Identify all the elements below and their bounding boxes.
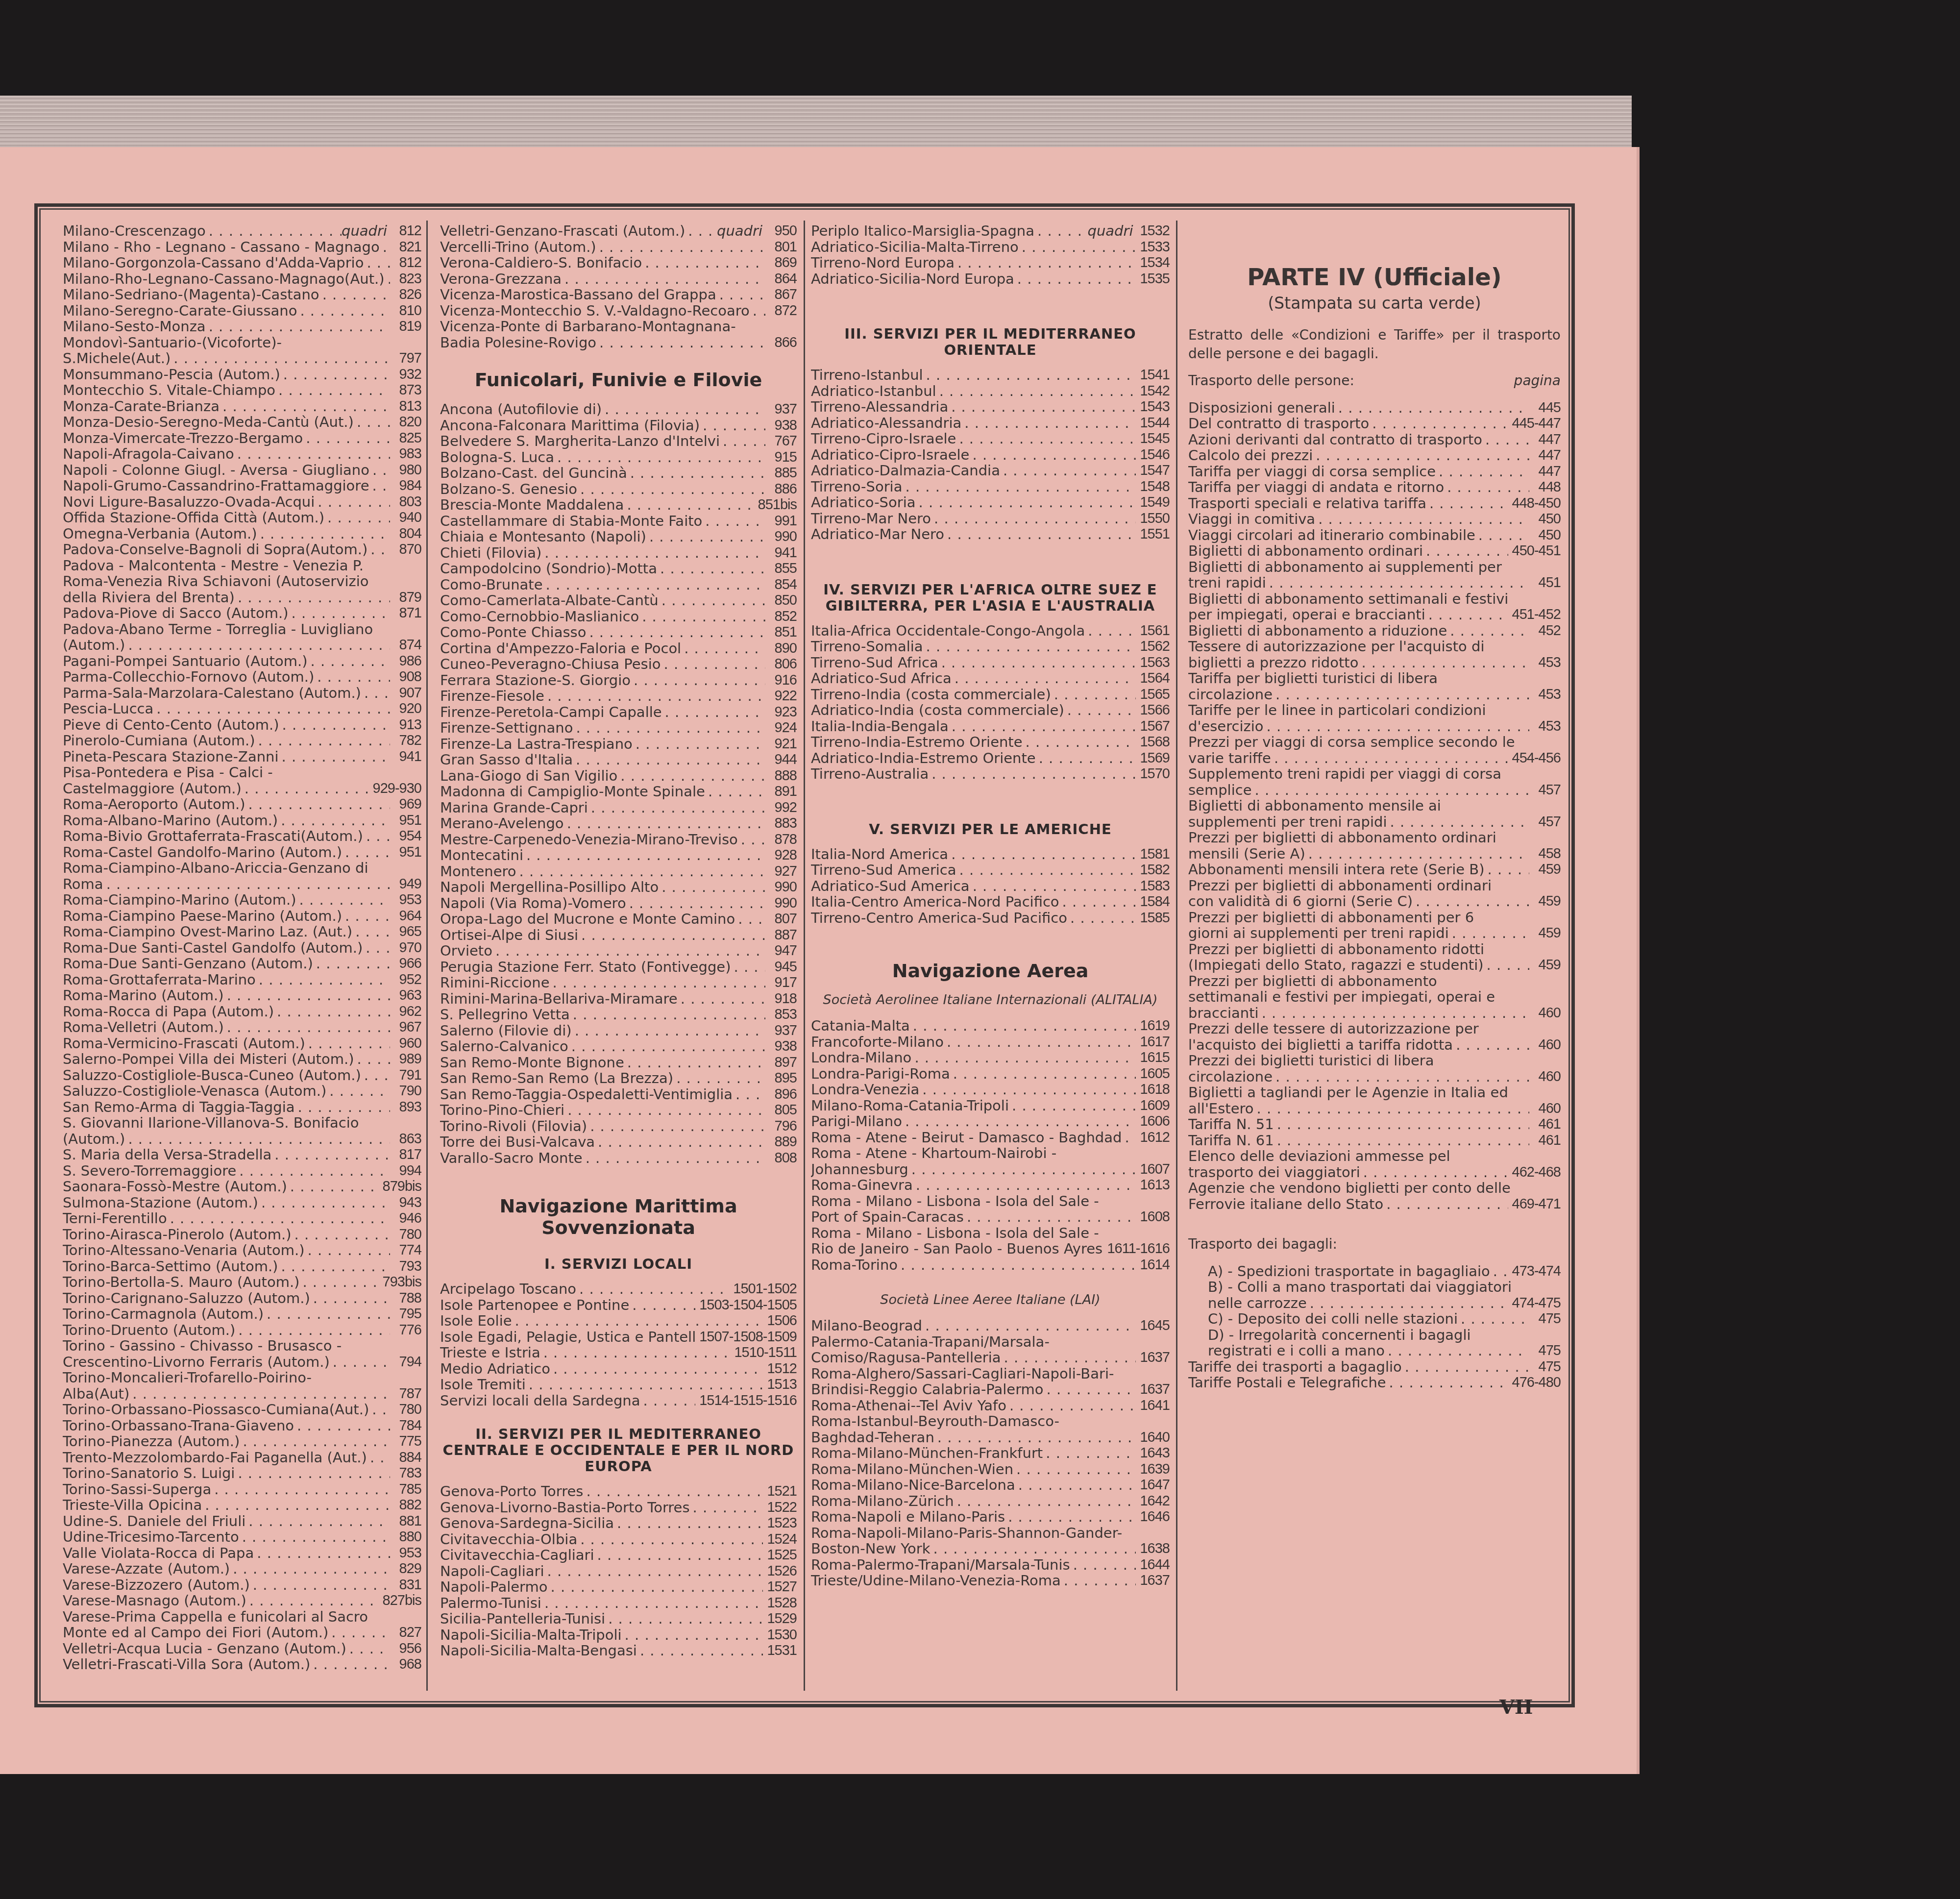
- entry-label: Ferrara Stazione-S. Giorgio: [440, 672, 634, 689]
- entry-label: Biglietti a tagliandi per le Agenzie in …: [1188, 1085, 1508, 1116]
- index-entry: Roma-Ciampino Ovest-Marino Laz. (Aut.)96…: [63, 924, 421, 940]
- index-entry: Monza-Vimercate-Trezzo-Bergamo825: [63, 430, 421, 446]
- index-entry: Bolzano-Cast. del Guncinà885: [440, 465, 797, 481]
- entry-label: Milano-Roma-Catania-Tripoli: [811, 1098, 1012, 1114]
- entry-page: 790: [390, 1083, 421, 1099]
- index-entry: Montenero927: [440, 863, 797, 880]
- index-entry: Novi Ligure-Basaluzzo-Ovada-Acqui803: [63, 494, 421, 510]
- entry-label: Milano-Seregno-Carate-Giussano: [63, 303, 300, 319]
- entry-label: Belvedere S. Margherita-Lanzo d'Intelvi: [440, 433, 723, 449]
- entry-page: 890: [765, 641, 797, 657]
- entry-page: 460: [1529, 1101, 1561, 1117]
- entry-label: Parma-Sala-Marzolara-Calestano (Autom.): [63, 685, 364, 701]
- entry-label: Monza-Carate-Brianza: [63, 398, 222, 415]
- entry-label: Pineta-Pescara Stazione-Zanni: [63, 749, 281, 765]
- entry-page: 965: [390, 924, 421, 940]
- index-entry: Varese-Masnago (Autom.)827bis: [63, 1593, 421, 1609]
- entry-label: Catania-Malta: [811, 1018, 913, 1034]
- entry-label: Napoli-Grumo-Cassandrino-Frattamaggiore: [63, 478, 372, 494]
- entry-label: Isole Egadi, Pelagie, Ustica e Panteller…: [440, 1329, 726, 1345]
- index-entry: Saluzzo-Costigliole-Busca-Cuneo (Autom.)…: [63, 1067, 421, 1084]
- index-entry: Offida Stazione-Offida Città (Autom.)940: [63, 510, 421, 526]
- index-entry: Mestre-Carpenedo-Venezia-Mirano-Treviso8…: [440, 832, 797, 848]
- entry-page: 1607: [1136, 1161, 1170, 1178]
- index-entry: Torino - Gassino - Chivasso - Brusasco -…: [63, 1338, 421, 1370]
- entry-label: Brescia-Monte Maddalena: [440, 497, 627, 513]
- index-entry: Saluzzo-Costigliole-Venasca (Autom.)790: [63, 1083, 421, 1099]
- entry-page: 992: [765, 800, 797, 816]
- index-entry: Firenze-La Lastra-Trespiano921: [440, 736, 797, 752]
- entry-label: Monza-Vimercate-Trezzo-Bergamo: [63, 430, 306, 446]
- entry-label: Tirreno-India-Estremo Oriente: [811, 734, 1026, 750]
- entry-page: 954: [390, 828, 421, 844]
- entry-page: 461: [1529, 1133, 1561, 1149]
- entry-label: Roma - Milano - Lisbona - Isola del Sale…: [811, 1225, 1105, 1257]
- entry-page: 450: [1529, 527, 1561, 543]
- index-entry: Chiaia e Montesanto (Napoli)990: [440, 529, 797, 545]
- entry-label: Pinerolo-Cumiana (Autom.): [63, 733, 258, 749]
- index-entry: Monza-Carate-Brianza813: [63, 398, 421, 415]
- index-entry: Genova-Livorno-Bastia-Porto Torres1522: [440, 1500, 797, 1516]
- entry-label: Tariffa N. 61: [1188, 1133, 1277, 1149]
- entry-label: Isole Eolie: [440, 1313, 515, 1329]
- entry-label: Udine-S. Daniele del Friuli: [63, 1513, 248, 1529]
- entry-page: 867: [765, 287, 797, 303]
- entry-label: Como-Ponte Chiasso: [440, 624, 589, 641]
- entry-page: 1570: [1136, 766, 1170, 782]
- index-entry: Torino-Barca-Settimo (Autom.)793: [63, 1258, 421, 1275]
- index-entry: Agenzie che vendono biglietti per conto …: [1188, 1180, 1561, 1212]
- index-entry: Isole Partenopee e Pontine1503-1504-1505: [440, 1297, 797, 1313]
- entry-label: Napoli (Via Roma)-Vomero: [440, 895, 629, 912]
- entry-page: 896: [765, 1086, 797, 1103]
- entry-page: 962: [390, 1004, 421, 1020]
- entry-label: Salerno-Calvanico: [440, 1038, 571, 1055]
- index-entry: Gran Sasso d'Italia944: [440, 752, 797, 768]
- entry-page: 785: [390, 1481, 421, 1498]
- entry-page: 462-468: [1508, 1164, 1561, 1181]
- index-entry: Napoli-Cagliari1526: [440, 1563, 797, 1579]
- entry-page: 1582: [1136, 862, 1170, 878]
- entry-label: Salerno-Pompei Villa dei Misteri (Autom.…: [63, 1051, 357, 1067]
- entry-page: 823: [390, 271, 421, 287]
- entry-page: 1514-1515-1516: [695, 1393, 797, 1409]
- index-entry: Prezzi per biglietti di abbonamento sett…: [1188, 973, 1561, 1021]
- index-entry: Tariffa N. 51461: [1188, 1116, 1561, 1133]
- entry-label: Salerno (Filovie di): [440, 1023, 575, 1039]
- entry-label: Torino-Orbassano-Piossasco-Cumiana(Aut.): [63, 1402, 372, 1418]
- entry-label: Saluzzo-Costigliole-Busca-Cuneo (Autom.): [63, 1067, 364, 1084]
- entry-page: 947: [765, 943, 797, 959]
- entry-page: 460: [1529, 1037, 1561, 1053]
- entry-page: 1563: [1136, 655, 1170, 671]
- entry-page: 907: [390, 685, 421, 701]
- index-entry: Adriatico-Cipro-Israele1546: [811, 447, 1170, 463]
- index-entry: Tirreno-Australia1570: [811, 766, 1170, 782]
- index-entry: Monza-Desio-Seregno-Meda-Cantù (Aut.)820: [63, 414, 421, 430]
- entry-page: 1545: [1136, 431, 1170, 447]
- entry-label: Tirreno-Soria: [811, 479, 905, 495]
- entry-label: Chiaia e Montesanto (Napoli): [440, 529, 649, 545]
- entry-label: Roma-Ciampino-Albano-Ariccia-Genzano di …: [63, 860, 368, 892]
- index-entry: San Remo-Arma di Taggia-Taggia893: [63, 1099, 421, 1115]
- entry-label: Mestre-Carpenedo-Venezia-Mirano-Treviso: [440, 832, 741, 848]
- entry-label: Tirreno-Centro America-Sud Pacifico: [811, 910, 1070, 926]
- entry-note: quadri: [1088, 223, 1136, 239]
- index-entry: Verona-Grezzana864: [440, 271, 797, 287]
- entry-page: 827: [390, 1625, 421, 1641]
- index-entry: Torino-Sanatorio S. Luigi783: [63, 1465, 421, 1481]
- entry-page: 871: [390, 605, 421, 621]
- index-entry: Prezzi per biglietti di abbonamenti ordi…: [1188, 878, 1561, 910]
- index-entry: B) - Colli a mano trasportati dai viaggi…: [1208, 1279, 1561, 1311]
- index-entry: Torino-Sassi-Superga785: [63, 1481, 421, 1498]
- entry-label: Napoli Mergellina-Posillipo Alto: [440, 879, 661, 895]
- entry-label: S. Maria della Versa-Stradella: [63, 1147, 274, 1163]
- entry-page: 1642: [1136, 1493, 1170, 1509]
- index-entry: Civitavecchia-Cagliari1525: [440, 1547, 797, 1563]
- entry-label: Roma - Atene - Khartoum-Nairobi - Johann…: [811, 1145, 1056, 1177]
- entry-page: 787: [390, 1386, 421, 1402]
- entry-label: Tariffa per viaggi di andata e ritorno: [1188, 479, 1447, 495]
- entry-page: 854: [765, 577, 797, 593]
- entry-page: 1585: [1136, 910, 1170, 926]
- entry-page: 780: [390, 1227, 421, 1243]
- page-number: VII: [1499, 1696, 1533, 1719]
- index-entry: Terni-Ferentillo946: [63, 1210, 421, 1227]
- index-entry: Roma-Napoli e Milano-Paris1646: [811, 1509, 1170, 1525]
- entry-page: 1565: [1136, 687, 1170, 703]
- entry-label: Biglietti di abbonamento mensile ai supp…: [1188, 798, 1441, 830]
- entry-page: 915: [765, 449, 797, 466]
- entry-label: Roma-Grottaferrata-Marino: [63, 972, 259, 988]
- entry-label: Pescia-Lucca: [63, 701, 156, 717]
- entry-page: 819: [390, 319, 421, 335]
- entry-page: 928: [765, 847, 797, 863]
- entry-page: 850: [765, 592, 797, 609]
- entry-label: Tariffa N. 51: [1188, 1116, 1277, 1133]
- entry-label: Padova-Abano Terme - Torreglia - Luvigli…: [63, 621, 373, 653]
- entry-label: Tirreno-Cipro-Israele: [811, 431, 959, 447]
- index-column-3: Periplo Italico-Marsiglia-Spagnaquadri15…: [811, 223, 1170, 1589]
- entry-label: Varese-Masnago (Autom.): [63, 1593, 249, 1609]
- airline-title-alitalia: Società Aerolinee Italiane Internazional…: [811, 992, 1170, 1008]
- entry-page: 852: [765, 609, 797, 625]
- entry-label: Castellammare di Stabia-Monte Faito: [440, 513, 705, 529]
- index-entry: Biglietti a tagliandi per le Agenzie in …: [1188, 1085, 1561, 1116]
- index-entry: Pineta-Pescara Stazione-Zanni941: [63, 749, 421, 765]
- index-entry: Vercelli-Trino (Autom.)801: [440, 239, 797, 255]
- entry-label: Mondovì-Santuario-(Vicoforte)-S.Michele(…: [63, 335, 282, 367]
- entry-label: Roma-Torino: [811, 1257, 901, 1273]
- index-entry: S. Pellegrino Vetta853: [440, 1007, 797, 1023]
- entry-page: 457: [1529, 782, 1561, 798]
- index-entry: Palermo-Tunisi1528: [440, 1595, 797, 1611]
- index-entry: San Remo-San Remo (La Brezza)895: [440, 1070, 797, 1086]
- index-entry: Varese-Bizzozero (Autom.)831: [63, 1577, 421, 1593]
- index-entry: Ortisei-Alpe di Siusi887: [440, 927, 797, 943]
- entry-label: Tirreno-Nord Europa: [811, 255, 957, 271]
- airline-title-lai: Società Linee Aeree Italiane (LAI): [811, 1292, 1170, 1308]
- index-entry: Servizi locali della Sardegna1514-1515-1…: [440, 1393, 797, 1409]
- entry-label: A) - Spedizioni trasportate in bagagliai…: [1208, 1263, 1493, 1280]
- entry-label: Viaggi circolari ad itinerario combinabi…: [1188, 527, 1478, 543]
- entry-label: Genova-Porto Torres: [440, 1483, 586, 1500]
- entry-page: 941: [765, 545, 797, 561]
- entry-label: Montecchio S. Vitale-Chiampo: [63, 382, 278, 398]
- entry-label: Adriatico-Soria: [811, 494, 919, 511]
- entry-label: Chieti (Filovia): [440, 545, 544, 561]
- entry-page: 882: [390, 1497, 421, 1513]
- index-entry: Rimini-Riccione917: [440, 975, 797, 991]
- entry-label: Parma-Collecchio-Fornovo (Autom.): [63, 669, 317, 685]
- index-entry: Lana-Giogo di San Vigilio888: [440, 768, 797, 784]
- index-entry: Tariffe dei trasporti a bagaglio475: [1188, 1359, 1561, 1375]
- index-column-4: PARTE IV (Ufficiale) (Stampata su carta …: [1188, 223, 1561, 1391]
- index-entry: Torino-Orbassano-Piossasco-Cumiana(Aut.)…: [63, 1402, 421, 1418]
- index-entry: Prezzi per biglietti di abbonamenti per …: [1188, 910, 1561, 941]
- entry-page: 1531: [763, 1643, 797, 1659]
- entry-label: Roma-Vermicino-Frascati (Autom.): [63, 1036, 308, 1052]
- entry-label: Palermo-Tunisi: [440, 1595, 544, 1611]
- entry-page: 805: [765, 1102, 797, 1118]
- index-entry: Tirreno-Sud America1582: [811, 862, 1170, 878]
- entry-page: 851: [765, 624, 797, 641]
- entry-page: 1501-1502: [729, 1281, 797, 1297]
- entry-page: 924: [765, 720, 797, 736]
- index-entry: Firenze-Peretola-Campi Capalle923: [440, 704, 797, 720]
- index-entry: Firenze-Fiesole922: [440, 688, 797, 704]
- entry-label: Merano-Avelengo: [440, 815, 567, 832]
- entry-page: 969: [390, 796, 421, 813]
- entry-page: 776: [390, 1322, 421, 1338]
- entry-page: 782: [390, 733, 421, 749]
- entry-label: Genova-Livorno-Bastia-Porto Torres: [440, 1500, 693, 1516]
- entry-page: 880: [390, 1529, 421, 1545]
- entry-label: Roma-Ciampino-Marino (Autom.): [63, 892, 299, 908]
- subsection-title-locali: I. SERVIZI LOCALI: [440, 1256, 797, 1272]
- entry-page: 447: [1529, 464, 1561, 480]
- index-entry: Roma-Milano-Zürich1642: [811, 1493, 1170, 1509]
- entry-label: San Remo-Monte Bignone: [440, 1055, 627, 1071]
- entry-label: Tirreno-Sud America: [811, 862, 959, 878]
- entry-page: 929-930: [369, 781, 421, 797]
- index-entry: Roma-Vermicino-Frascati (Autom.)960: [63, 1036, 421, 1052]
- entry-page: 1510-1511: [730, 1345, 797, 1361]
- entry-page: 803: [390, 494, 421, 510]
- entry-page: 1528: [763, 1595, 797, 1611]
- entry-label: Torino-Altessano-Venaria (Autom.): [63, 1242, 308, 1258]
- entry-label: Torino-Rivoli (Filovia): [440, 1118, 590, 1134]
- entry-label: Firenze-Settignano: [440, 720, 576, 736]
- index-entry: Padova - Malcontenta - Mestre - Venezia …: [63, 558, 421, 606]
- entry-page: 1523: [763, 1515, 797, 1531]
- index-entry: Adriatico-Sicilia-Malta-Tirreno1533: [811, 239, 1170, 255]
- entry-label: Roma-Ginevra: [811, 1177, 916, 1193]
- entry-page: 459: [1529, 957, 1561, 973]
- entry-label: Adriatico-Cipro-Israele: [811, 447, 972, 463]
- entry-page: 886: [765, 481, 797, 497]
- index-entry: Cuneo-Peveragno-Chiusa Pesio806: [440, 656, 797, 672]
- bagagli-heading-row: Trasporto dei bagagli:: [1188, 1236, 1561, 1253]
- index-entry: Italia-Centro America-Nord Pacifico1584: [811, 894, 1170, 910]
- entry-page: 1643: [1136, 1445, 1170, 1461]
- index-entry: Napoli-Grumo-Cassandrino-Frattamaggiore9…: [63, 478, 421, 494]
- entry-page: 873: [390, 382, 421, 398]
- entry-page: 808: [765, 1150, 797, 1166]
- entry-label: Montecatini: [440, 847, 526, 863]
- entry-label: Prezzi per viaggi di corsa semplice seco…: [1188, 734, 1515, 766]
- index-entry: Torino-Orbassano-Trana-Giaveno784: [63, 1418, 421, 1434]
- index-entry: Torino-Carmagnola (Autom.)795: [63, 1306, 421, 1322]
- index-entry: Pinerolo-Cumiana (Autom.)782: [63, 733, 421, 749]
- entry-page: 1544: [1136, 415, 1170, 431]
- bagagli-heading: Trasporto dei bagagli:: [1188, 1236, 1337, 1253]
- index-entry: Trento-Mezzolombardo-Fai Paganella (Aut.…: [63, 1450, 421, 1466]
- entry-label: Trieste/Udine-Milano-Venezia-Roma: [811, 1573, 1064, 1589]
- entry-label: Campodolcino (Sondrio)-Motta: [440, 561, 660, 577]
- index-entry: Belvedere S. Margherita-Lanzo d'Intelvi7…: [440, 433, 797, 449]
- index-entry: Trieste e Istria1510-1511: [440, 1345, 797, 1361]
- entry-page: 451: [1529, 575, 1561, 591]
- index-entry: Adriatico-Alessandria1544: [811, 415, 1170, 431]
- entry-page: 1644: [1136, 1557, 1170, 1573]
- index-entry: Adriatico-Istanbul1542: [811, 383, 1170, 399]
- entry-label: Tirreno-Alessandria: [811, 399, 951, 415]
- entry-page: 475: [1529, 1359, 1561, 1375]
- index-entry: Roma-Istanbul-Beyrouth-Damasco-Baghdad-T…: [811, 1413, 1170, 1445]
- entry-page: 775: [390, 1433, 421, 1450]
- index-entry: Tariffa per viaggi di andata e ritorno44…: [1188, 479, 1561, 495]
- index-entry: Napoli Mergellina-Posillipo Alto990: [440, 879, 797, 895]
- entry-page: 445: [1529, 400, 1561, 416]
- index-entry: Vicenza-Montecchio S. V.-Valdagno-Recoar…: [440, 303, 797, 319]
- entry-label: Napoli-Cagliari: [440, 1563, 547, 1579]
- entry-label: Sulmona-Stazione (Autom.): [63, 1195, 261, 1211]
- entry-label: Padova-Piove di Sacco (Autom.): [63, 605, 292, 621]
- index-entry: Roma-Milano-München-Frankfurt1643: [811, 1445, 1170, 1461]
- entry-label: Cuneo-Peveragno-Chiusa Pesio: [440, 656, 664, 672]
- index-entry: Biglietti di abbonamento settimanali e f…: [1188, 591, 1561, 623]
- subsection-title-africa: IV. SERVIZI PER L'AFRICA OLTRE SUEZ E GI…: [811, 582, 1170, 614]
- entry-label: Ortisei-Alpe di Siusi: [440, 927, 581, 943]
- entry-page: 881: [390, 1513, 421, 1529]
- entry-page: 879: [390, 590, 421, 606]
- index-entry: Milano-Beograd1645: [811, 1318, 1170, 1334]
- entry-label: Roma-Milano-Zürich: [811, 1493, 957, 1509]
- entry-page: 863: [390, 1131, 421, 1147]
- entry-page: 1583: [1136, 878, 1170, 894]
- entry-page: 943: [390, 1195, 421, 1211]
- index-entry: Tirreno-Centro America-Sud Pacifico1585: [811, 910, 1170, 926]
- entry-label: Italia-Nord America: [811, 846, 951, 863]
- entry-page: 916: [765, 672, 797, 689]
- entry-label: Torino-Orbassano-Trana-Giaveno: [63, 1418, 297, 1434]
- entry-label: Servizi locali della Sardegna: [440, 1393, 643, 1409]
- book-page-edges: [0, 96, 1632, 154]
- entry-label: Bolzano-S. Genesio: [440, 481, 580, 497]
- index-entry: Roma-Grottaferrata-Marino952: [63, 972, 421, 988]
- entry-page: 1566: [1136, 702, 1170, 718]
- entry-label: Adriatico-India (costa commerciale): [811, 702, 1067, 718]
- entry-label: Roma-Istanbul-Beyrouth-Damasco-Baghdad-T…: [811, 1413, 1059, 1445]
- entry-page: 1548: [1136, 479, 1170, 495]
- entry-label: Firenze-La Lastra-Trespiano: [440, 736, 636, 752]
- index-entry: Tariffa per viaggi di corsa semplice447: [1188, 464, 1561, 480]
- entry-page: 874: [390, 637, 421, 653]
- section-title-marittima: Navigazione Marittima Sovvenzionata: [440, 1195, 797, 1238]
- entry-label: Viaggi in comitiva: [1188, 511, 1318, 527]
- entry-label: S. Pellegrino Vetta: [440, 1007, 573, 1023]
- entry-label: Milano-Beograd: [811, 1318, 925, 1334]
- entry-label: Cortina d'Ampezzo-Faloria e Pocol: [440, 641, 684, 657]
- index-entry: Biglietti di abbonamento ordinari450-451: [1188, 543, 1561, 559]
- entry-label: Francoforte-Milano: [811, 1034, 947, 1050]
- index-entry: Periplo Italico-Marsiglia-Spagnaquadri15…: [811, 223, 1170, 239]
- entry-label: Montenero: [440, 863, 519, 880]
- index-entry: Adriatico-India-Estremo Oriente1569: [811, 750, 1170, 766]
- entry-page: 1619: [1136, 1018, 1170, 1034]
- entry-page: 1611-1616: [1103, 1241, 1170, 1257]
- entry-page: 447: [1529, 432, 1561, 448]
- entry-label: Varallo-Sacro Monte: [440, 1150, 586, 1166]
- entry-label: Monza-Desio-Seregno-Meda-Cantù (Aut.): [63, 414, 357, 430]
- index-entry: Milano - Rho - Legnano - Cassano - Magna…: [63, 239, 421, 255]
- index-entry: Prezzi per biglietti di abbonamento rido…: [1188, 941, 1561, 973]
- index-entry: Padova-Abano Terme - Torreglia - Luvigli…: [63, 621, 421, 653]
- index-entry: Roma - Milano - Lisbona - Isola del Sale…: [811, 1193, 1170, 1225]
- entry-label: Trento-Mezzolombardo-Fai Paganella (Aut.…: [63, 1450, 370, 1466]
- entry-label: Udine-Tricesimo-Tarcento: [63, 1529, 242, 1545]
- subsection-title-mediterraneo: II. SERVIZI PER IL MEDITERRANEO CENTRALE…: [440, 1426, 797, 1475]
- entry-label: C) - Deposito dei colli nelle stazioni: [1208, 1311, 1461, 1327]
- entry-label: Como-Brunate: [440, 577, 546, 593]
- entry-label: San Remo-San Remo (La Brezza): [440, 1070, 676, 1086]
- entry-label: Torino-Pianezza (Autom.): [63, 1433, 243, 1450]
- index-entry: Tirreno-India (costa commerciale)1565: [811, 687, 1170, 703]
- entry-label: Adriatico-Dalmazia-Candia: [811, 463, 1003, 479]
- entry-page: 851bis: [754, 497, 797, 513]
- entry-label: Napoli-Sicilia-Malta-Tripoli: [440, 1627, 625, 1643]
- entry-page: 461: [1529, 1116, 1561, 1133]
- entry-page: 1605: [1136, 1066, 1170, 1082]
- entry-page: 1551: [1136, 526, 1170, 543]
- index-entry: Rimini-Marina-Bellariva-Miramare918: [440, 991, 797, 1007]
- entry-page: 793: [390, 1258, 421, 1275]
- index-entry: Tariffa per biglietti turistici di liber…: [1188, 670, 1561, 702]
- entry-page: 817: [390, 1147, 421, 1163]
- index-entry: Campodolcino (Sondrio)-Motta855: [440, 561, 797, 577]
- index-entry: Udine-S. Daniele del Friuli881: [63, 1513, 421, 1529]
- index-entry: Tirreno-Soria1548: [811, 479, 1170, 495]
- entry-label: Civitavecchia-Cagliari: [440, 1547, 597, 1563]
- entry-label: Sicilia-Pantelleria-Tunisi: [440, 1611, 608, 1627]
- entry-label: Parigi-Milano: [811, 1113, 905, 1130]
- index-entry: Trieste-Villa Opicina882: [63, 1497, 421, 1513]
- entry-page: 1503-1504-1505: [695, 1297, 797, 1313]
- index-entry: Biglietti di abbonamento a riduzione452: [1188, 623, 1561, 639]
- entry-label: Roma-Due Santi-Genzano (Autom.): [63, 956, 316, 972]
- entry-label: San Remo-Taggia-Ospedaletti-Ventimiglia: [440, 1086, 735, 1103]
- index-entry: Roma-Albano-Marino (Autom.)951: [63, 813, 421, 829]
- index-entry: Saonara-Fossò-Mestre (Autom.)879bis: [63, 1179, 421, 1195]
- entry-label: Azioni derivanti dal contratto di traspo…: [1188, 432, 1485, 448]
- entry-page: 1584: [1136, 894, 1170, 910]
- entry-page: 473-474: [1508, 1263, 1561, 1280]
- index-column-2: Velletri-Genzano-Frascati (Autom.)quadri…: [440, 223, 797, 1659]
- index-entry: Cortina d'Ampezzo-Faloria e Pocol890: [440, 641, 797, 657]
- entry-page: 1506: [763, 1313, 797, 1329]
